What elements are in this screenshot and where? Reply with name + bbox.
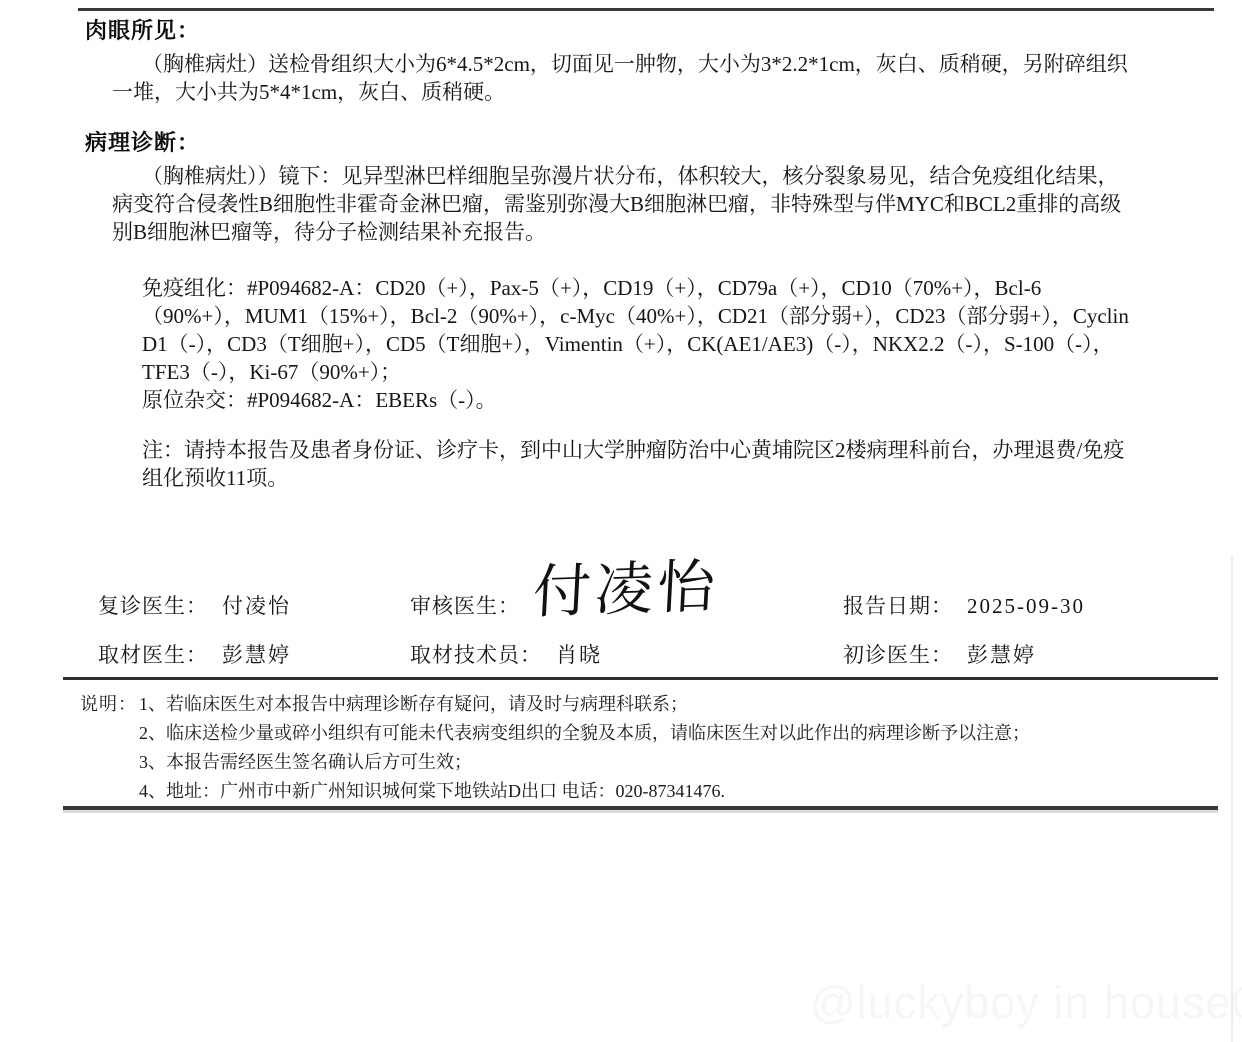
diagnosis-text: （胸椎病灶））镜下：见异型淋巴样细胞呈弥漫片状分布，体积较大，核分裂象易见，结合… [112,162,1135,246]
page-edge-line [1231,555,1233,1042]
gross-findings-section: 肉眼所见： （胸椎病灶）送检骨组织大小为6*4.5*2cm，切面见一肿物，大小为… [85,16,1135,106]
footer-note-item: 4、地址：广州市中新广州知识城何棠下地铁站D出口 电话：020-87341476… [139,777,1225,806]
footer-note-item: 2、临床送检少量或碎小组织有可能未代表病变组织的全貌及本质，请临床医生对以此作出… [139,719,1225,748]
review-doctor-label: 复诊医生： [98,594,208,618]
refund-note-text: 注：请持本报告及患者身份证、诊疗卡，到中山大学肿瘤防治中心黄埔院区2楼病理科前台… [142,436,1135,492]
audit-doctor-field: 审核医生： [410,592,520,620]
review-doctor-name: 付凌怡 [222,594,291,618]
footer-note-item: 3、本报告需经医生签名确认后方可生效； [139,748,1225,777]
report-date-value: 2025-09-30 [967,594,1085,618]
diagnosis-heading: 病理诊断： [85,128,1135,158]
footer-notes-list: 1、若临床医生对本报告中病理诊断存有疑问，请及时与病理科联系； 2、临床送检少量… [139,690,1225,806]
sampling-doctor-field: 取材医生：彭慧婷 [98,641,291,669]
watermark-text: @luckyboy in house086 [810,978,1242,1028]
sampling-tech-name: 肖晓 [556,643,602,667]
report-date-label: 报告日期： [843,594,953,618]
diagnosis-section: 病理诊断： （胸椎病灶））镜下：见异型淋巴样细胞呈弥漫片状分布，体积较大，核分裂… [85,128,1135,492]
sampling-tech-field: 取材技术员：肖晓 [410,641,602,669]
footer-notes-label: 说明： [80,690,137,806]
review-doctor-field: 复诊医生：付凌怡 [98,592,291,620]
signature-footer-divider [63,677,1218,680]
gross-findings-text: （胸椎病灶）送检骨组织大小为6*4.5*2cm，切面见一肿物，大小为3*2.2*… [112,50,1135,106]
bottom-divider [63,806,1218,810]
report-body: 肉眼所见： （胸椎病灶）送检骨组织大小为6*4.5*2cm，切面见一肿物，大小为… [85,16,1135,492]
immunohistochemistry-text: 免疫组化：#P094682-A：CD20（+），Pax-5（+），CD19（+）… [142,274,1135,386]
pathology-report-page: 肉眼所见： （胸椎病灶）送检骨组织大小为6*4.5*2cm，切面见一肿物，大小为… [0,0,1242,1042]
audit-doctor-signature: 付凌怡 [531,557,720,624]
gross-findings-heading: 肉眼所见： [85,16,1135,46]
sampling-doctor-label: 取材医生： [98,643,208,667]
sampling-tech-label: 取材技术员： [410,643,542,667]
footer-notes: 说明： 1、若临床医生对本报告中病理诊断存有疑问，请及时与病理科联系； 2、临床… [80,690,1225,806]
report-date-field: 报告日期：2025-09-30 [843,592,1085,620]
top-divider [78,8,1214,11]
sampling-doctor-name: 彭慧婷 [222,643,291,667]
initial-doctor-label: 初诊医生： [843,643,953,667]
initial-doctor-name: 彭慧婷 [967,643,1036,667]
in-situ-hybridization-text: 原位杂交：#P094682-A：EBERs（-）。 [142,386,1135,414]
footer-note-item: 1、若临床医生对本报告中病理诊断存有疑问，请及时与病理科联系； [139,690,1225,719]
initial-doctor-field: 初诊医生：彭慧婷 [843,641,1036,669]
audit-doctor-label: 审核医生： [410,594,520,618]
